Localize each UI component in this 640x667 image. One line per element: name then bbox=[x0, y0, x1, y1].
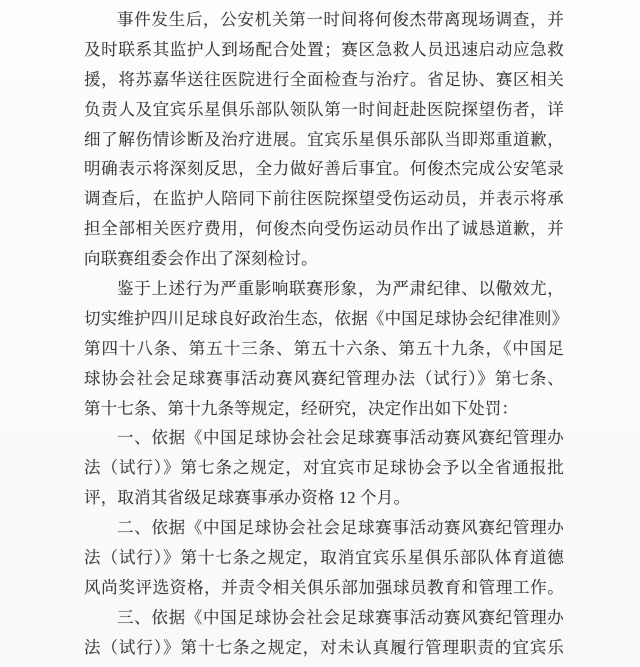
document-line: 鉴于上述行为严重影响联赛形象，为严肃纪律、以儆效尤， bbox=[84, 274, 564, 304]
document-line: 一、依据《中国足球协会社会足球赛事活动赛风赛纪管理办 bbox=[84, 423, 564, 453]
document-line: 明确表示将深刻反思，全力做好善后事宜。何俊杰完成公安笔录 bbox=[84, 154, 564, 184]
document-line: 负责人及宜宾乐星俱乐部队领队第一时间赶赴医院探望伤者，详 bbox=[84, 95, 564, 125]
document-line: 及时联系其监护人到场配合处置；赛区急救人员迅速启动应急救 bbox=[84, 35, 564, 65]
document-line: 担全部相关医疗费用，何俊杰向受伤运动员作出了诚恳道歉，并 bbox=[84, 214, 564, 244]
document-line: 第十七条、第十九条等规定，经研究，决定作出如下处罚： bbox=[84, 394, 564, 424]
document-page: 事件发生后，公安机关第一时间将何俊杰带离现场调查，并及时联系其监护人到场配合处置… bbox=[0, 0, 640, 667]
document-line: 向联赛组委会作出了深刻检讨。 bbox=[84, 244, 564, 274]
document-line: 二、依据《中国足球协会社会足球赛事活动赛风赛纪管理办 bbox=[84, 513, 564, 543]
document-line: 援，将苏嘉华送往医院进行全面检查与治疗。省足协、赛区相关 bbox=[84, 65, 564, 95]
document-line: 评，取消其省级足球赛事承办资格 12 个月。 bbox=[84, 483, 564, 513]
document-text-block: 事件发生后，公安机关第一时间将何俊杰带离现场调查，并及时联系其监护人到场配合处置… bbox=[0, 0, 640, 663]
document-line: 法（试行）》第十七条之规定，取消宜宾乐星俱乐部队体育道德 bbox=[84, 543, 564, 573]
document-line: 三、依据《中国足球协会社会足球赛事活动赛风赛纪管理办 bbox=[84, 603, 564, 633]
document-line: 法（试行）》第七条之规定，对宜宾市足球协会予以全省通报批 bbox=[84, 453, 564, 483]
document-line: 风尚奖评选资格，并责令相关俱乐部加强球员教育和管理工作。 bbox=[84, 573, 564, 603]
document-line: 法（试行）》第十七条之规定，对未认真履行管理职责的宜宾乐 bbox=[84, 633, 564, 663]
document-line: 切实维护四川足球良好政治生态，依据《中国足球协会纪律准则》 bbox=[84, 304, 564, 334]
document-line: 事件发生后，公安机关第一时间将何俊杰带离现场调查，并 bbox=[84, 5, 564, 35]
document-line: 调查后，在监护人陪同下前往医院探望受伤运动员，并表示将承 bbox=[84, 184, 564, 214]
document-line: 球协会社会足球赛事活动赛风赛纪管理办法（试行）》第七条、 bbox=[84, 364, 564, 394]
document-line: 第四十八条、第五十三条、第五十六条、第五十九条，《中国足 bbox=[84, 334, 564, 364]
document-line: 细了解伤情诊断及治疗进展。宜宾乐星俱乐部队当即郑重道歉， bbox=[84, 125, 564, 155]
